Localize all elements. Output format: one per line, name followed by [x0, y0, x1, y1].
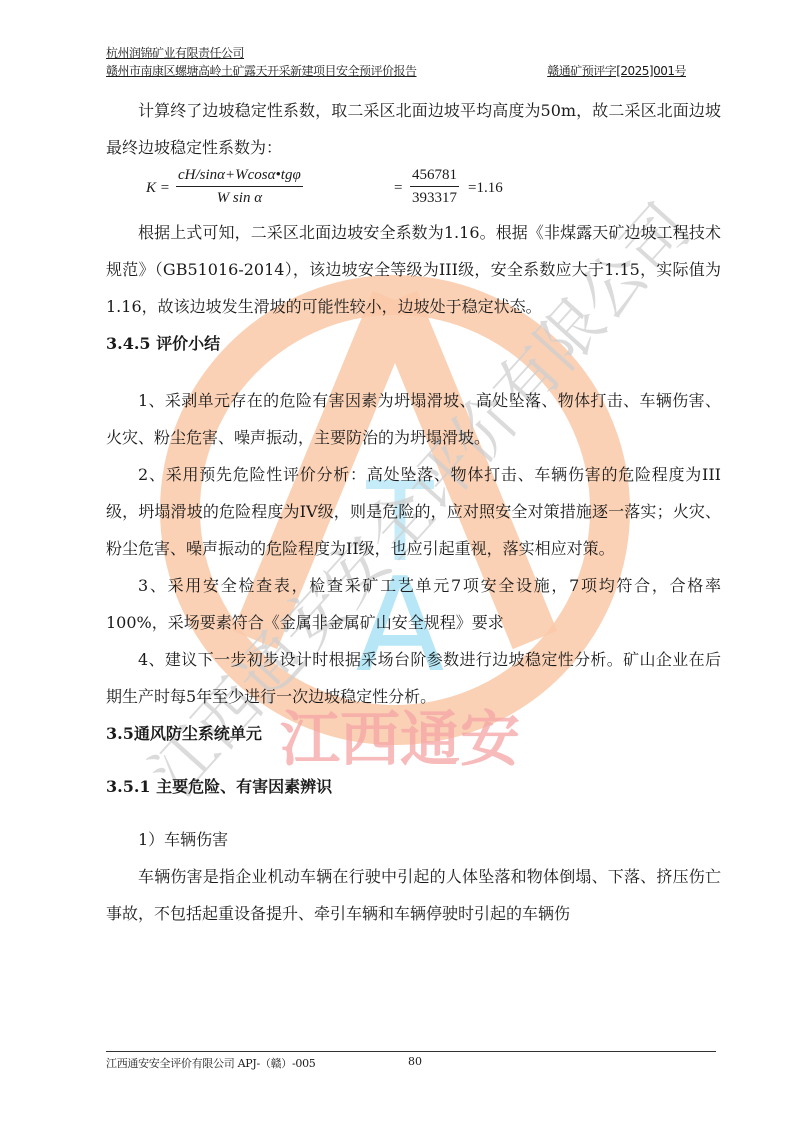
- header-company: 杭州润锦矿业有限责任公司: [106, 44, 244, 61]
- paragraph-conclusion: 根据上式可知，二采区北面边坡安全系数为1.16。根据《非煤露天矿边坡工程技术规范…: [106, 214, 721, 325]
- header-doc-number: 赣通矿预评字[2025]001号: [547, 62, 686, 79]
- paragraph-vehicle-injury: 车辆伤害是指企业机动车辆在行驶中引起的人体坠落和物体倒塌、下落、挤压伤亡事故，不…: [106, 858, 721, 932]
- paragraph-stability-calc: 计算终了边坡稳定性系数，取二采区北面边坡平均高度为50m，故二采区北面边坡最终边…: [106, 92, 721, 166]
- footer-divider: [106, 1051, 716, 1052]
- header-report-title: 赣州市南康区螺塘高岭土矿露天开采新建项目安全预评价报告: [106, 62, 417, 79]
- section-heading-3-4-5: 3.4.5 评价小结: [106, 325, 721, 362]
- document-body: 计算终了边坡稳定性系数，取二采区北面边坡平均高度为50m，故二采区北面边坡最终边…: [106, 92, 721, 932]
- summary-item: 4、建议下一步初步设计时根据采场台阶参数进行边坡稳定性分析。矿山企业在后期生产时…: [106, 641, 721, 715]
- summary-item: 3、采用安全检查表，检查采矿工艺单元7项安全设施，7项均符合，合格率100%，采…: [106, 567, 721, 641]
- item-title-vehicle-injury: 1）车辆伤害: [106, 821, 721, 858]
- header-report-line: 赣州市南康区螺塘高岭土矿露天开采新建项目安全预评价报告 赣通矿预评字[2025]…: [106, 62, 686, 79]
- footer-company: 江西通安安全评价有限公司 APJ-（赣）-005: [106, 1055, 315, 1071]
- page-number: 80: [408, 1055, 422, 1068]
- summary-item: 1、采剥单元存在的危险有害因素为坍塌滑坡、高处坠落、物体打击、车辆伤害、火灾、粉…: [106, 382, 721, 456]
- section-heading-3-5-1: 3.5.1 主要危险、有害因素辨识: [106, 768, 721, 805]
- formula-lhs: K =: [146, 179, 170, 197]
- stability-formula: K = cH/sinα+Wcosα•tgφ W sin α = 456781 3…: [106, 166, 721, 214]
- section-heading-3-5: 3.5通风防尘系统单元: [106, 715, 721, 752]
- document-page: A T 江西通安 江西通安安全评价有限公司 杭州润锦矿业有限责任公司 赣州市南康…: [0, 0, 793, 1122]
- summary-item: 2、采用预先危险性评价分析：高处坠落、物体打击、车辆伤害的危险程度为III级，坍…: [106, 456, 721, 567]
- formula-result: =1.16: [468, 179, 503, 197]
- formula-fraction-numeric: 456781 393317: [410, 166, 459, 207]
- formula-fraction-symbolic: cH/sinα+Wcosα•tgφ W sin α: [176, 166, 303, 207]
